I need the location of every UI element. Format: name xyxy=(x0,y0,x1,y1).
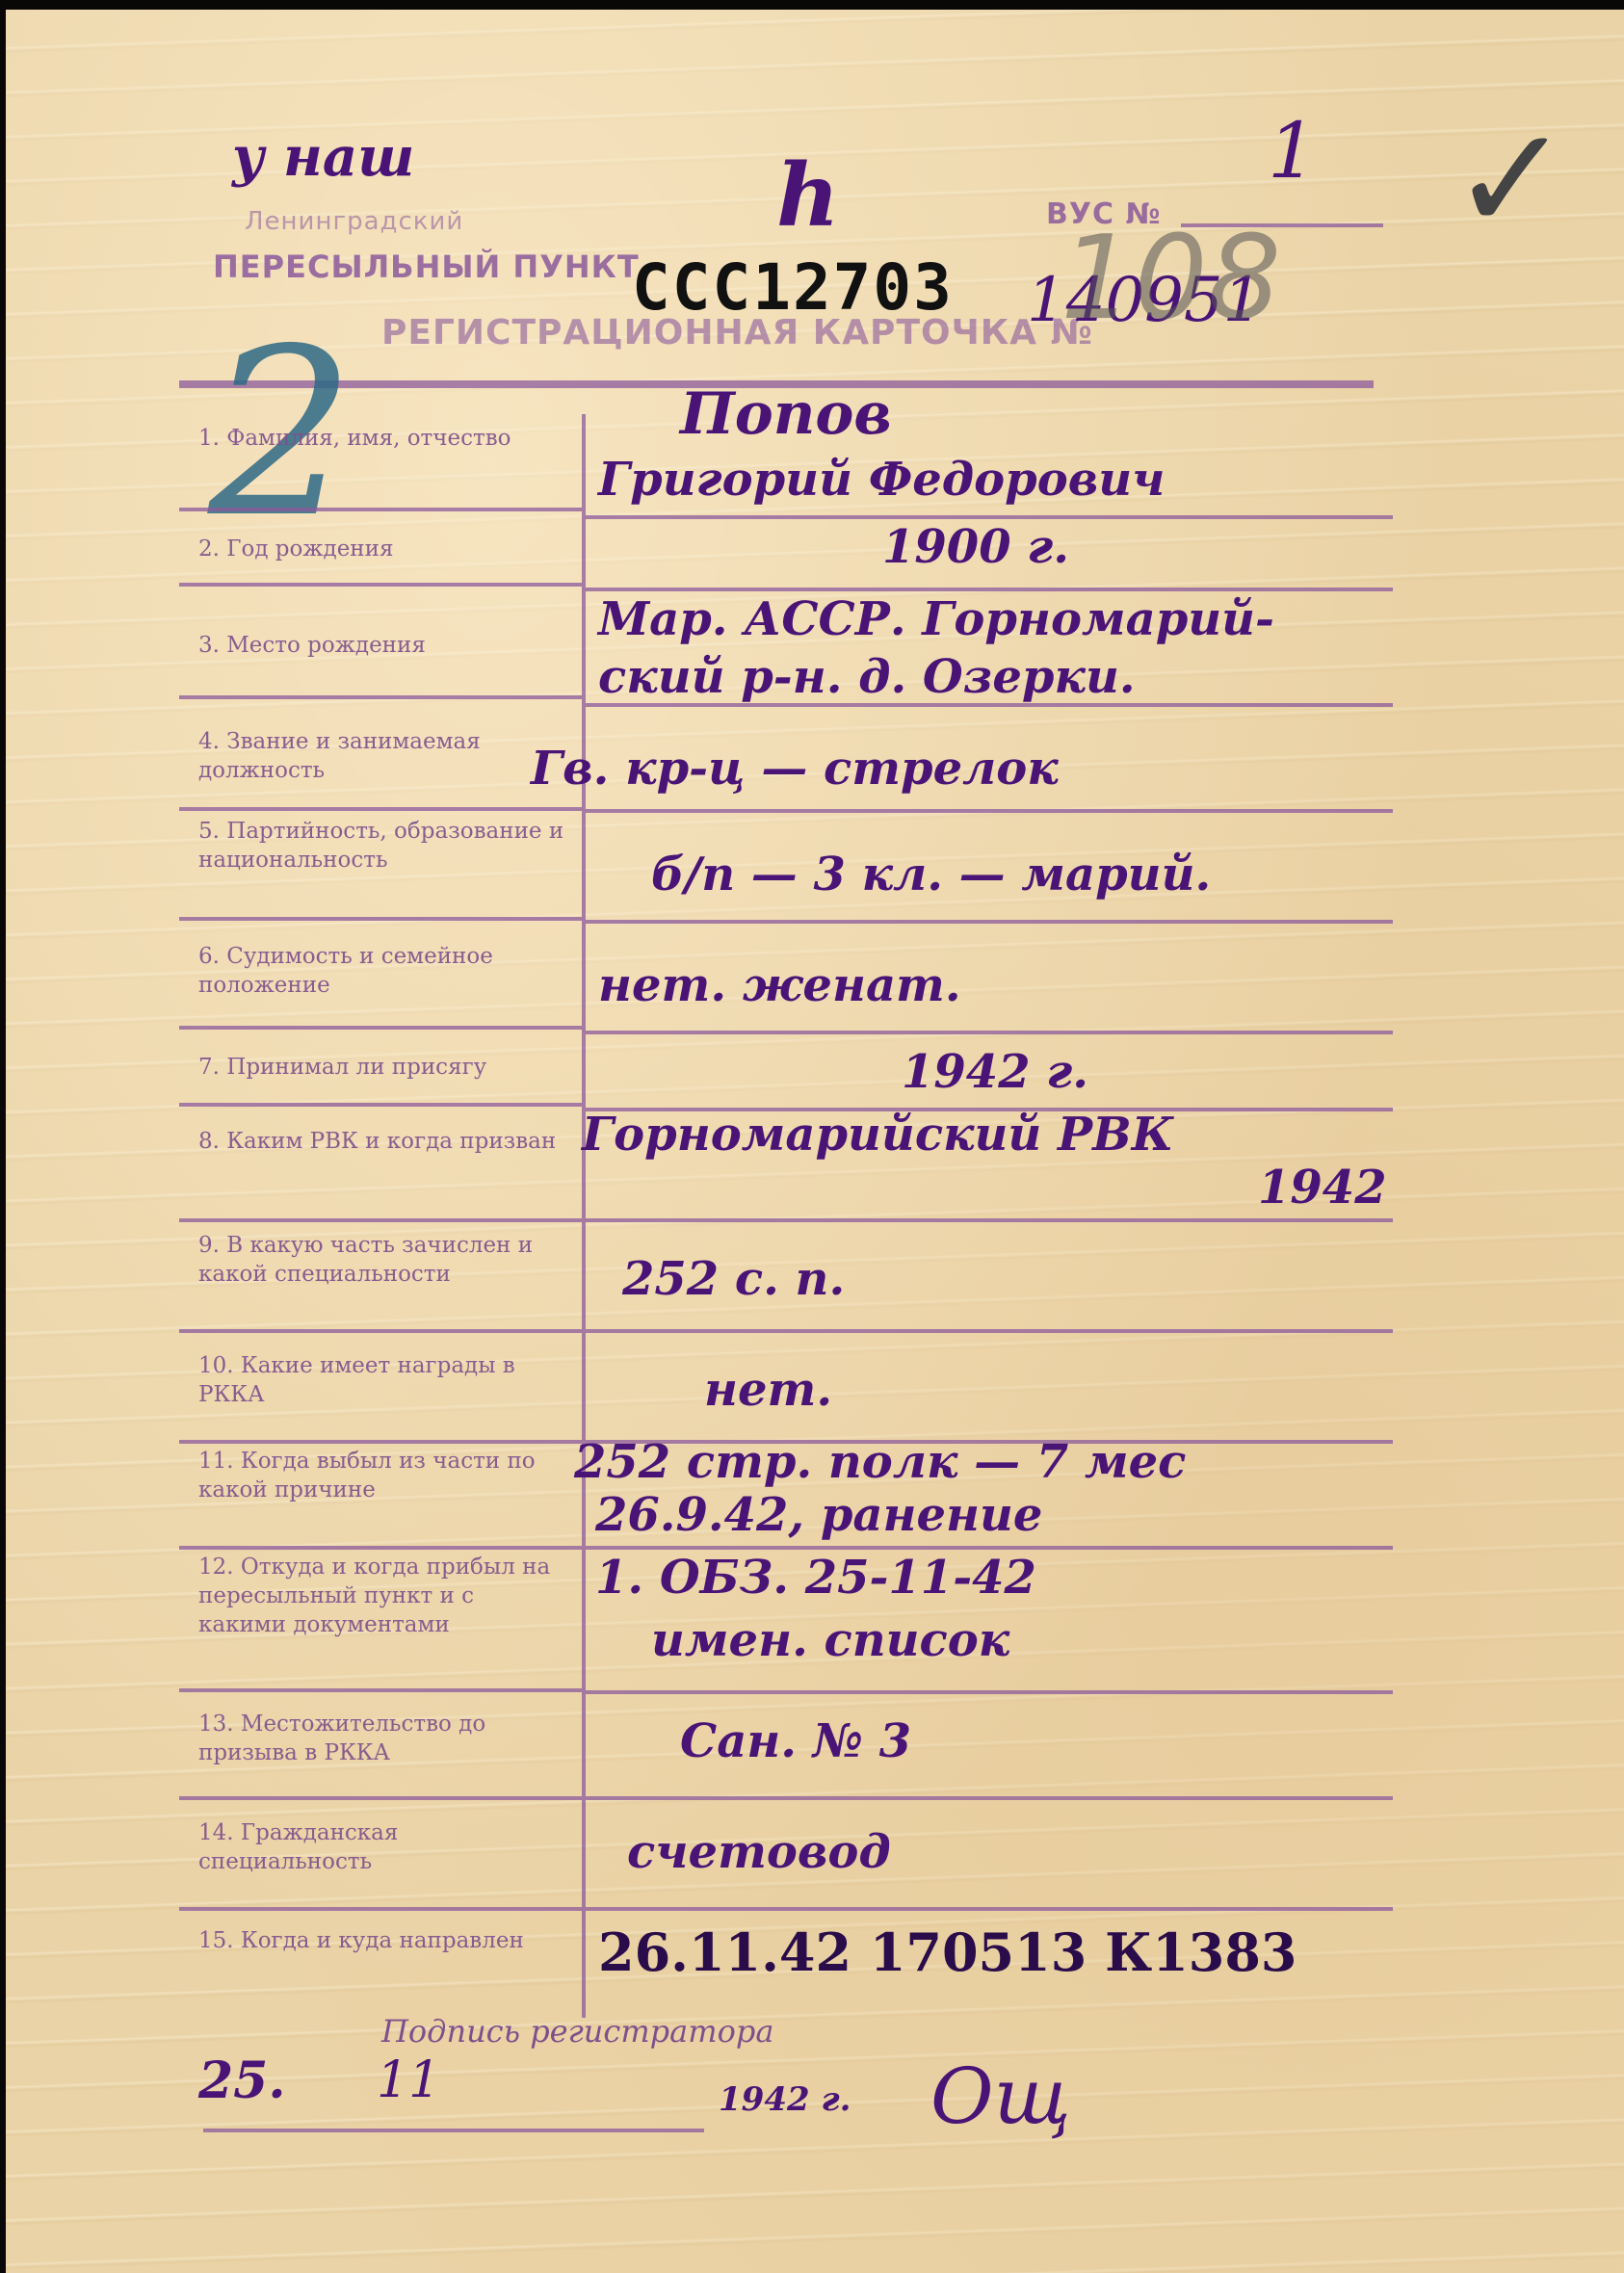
row-separator xyxy=(179,508,582,511)
field-label-birth-year: 2. Год рождения xyxy=(198,535,564,563)
answer-surname: Попов xyxy=(680,380,892,448)
answer-rank: Гв. кр-ц — стрелок xyxy=(531,742,1059,796)
field-label-awards: 10. Какие имеет награды в РККА xyxy=(198,1351,564,1409)
field-label-record-family: 6. Судимость и семейное положение xyxy=(198,942,564,1000)
vus-value: 1 xyxy=(1268,106,1317,196)
registration-number: CCC12703 xyxy=(632,250,954,325)
field-label-arrival: 12. Откуда и когда прибыл на пересыльный… xyxy=(198,1553,564,1639)
stamp-transit-point: ПЕРЕСЫЛЬНЫЙ ПУНКТ xyxy=(213,248,640,285)
answer-line xyxy=(586,1690,1393,1694)
answer-line xyxy=(586,1546,1393,1550)
corner-note: у наш xyxy=(232,125,414,189)
answer-name: Григорий Федорович xyxy=(598,453,1165,507)
answer-line xyxy=(586,1031,1393,1034)
top-mark: h xyxy=(776,144,839,247)
field-label-residence: 13. Местожительство до призыва в РККА xyxy=(198,1710,564,1767)
answer-birthplace-2: ский р-н. д. Озерки. xyxy=(598,650,1136,704)
answer-line xyxy=(586,1218,1393,1222)
field-label-rank: 4. Звание и занимаемая должность xyxy=(198,727,564,785)
answer-oath: 1942 г. xyxy=(902,1045,1088,1099)
answer-line xyxy=(586,515,1393,519)
answer-line xyxy=(586,920,1393,924)
answer-civil-specialty: счетовод xyxy=(627,1825,891,1879)
answer-sent-to: 26.11.42 170513 К1383 xyxy=(598,1921,1297,1983)
row-separator xyxy=(179,1329,582,1333)
row-separator xyxy=(179,807,582,811)
row-separator xyxy=(179,1103,582,1107)
answer-line xyxy=(586,588,1393,591)
row-separator xyxy=(179,695,582,699)
signature-label: Подпись регистратора xyxy=(381,2013,773,2050)
date-underline xyxy=(203,2129,704,2132)
row-separator xyxy=(179,1688,582,1692)
pencil-note: 108 xyxy=(1061,212,1281,346)
date-month: 11 xyxy=(377,2051,440,2109)
answer-left-unit-1: 252 стр. полк — 7 мес xyxy=(574,1435,1186,1489)
answer-arrival-1: 1. ОБЗ. 25-11-42 xyxy=(595,1551,1036,1605)
answer-birthplace-1: Мар. АССР. Горномарий- xyxy=(598,592,1274,646)
answer-residence: Сан. № 3 xyxy=(680,1714,911,1768)
field-label-birthplace: 3. Место рождения xyxy=(198,631,564,660)
answer-birth-year: 1900 г. xyxy=(882,520,1069,574)
answer-draft-office: Горномарийский РВК xyxy=(582,1108,1173,1162)
answer-arrival-2: имен. список xyxy=(651,1613,1009,1667)
row-separator xyxy=(179,1796,582,1800)
answer-record-family: нет. женат. xyxy=(598,958,961,1012)
answer-line xyxy=(586,1796,1393,1800)
answer-draft-year: 1942 xyxy=(1258,1161,1387,1215)
check-mark-icon: ✓ xyxy=(1451,96,1572,264)
stamp-city: Ленинградский xyxy=(245,207,463,236)
row-separator xyxy=(179,1026,582,1030)
field-label-full-name: 1. Фамилия, имя, отчество xyxy=(198,424,564,453)
answer-left-unit-2: 26.9.42, ранение xyxy=(595,1488,1042,1542)
field-label-unit: 9. В какую часть зачислен и какой специа… xyxy=(198,1231,564,1289)
row-separator xyxy=(179,583,582,587)
answer-line xyxy=(586,1329,1393,1333)
registration-card: у наш h 1 ✓ Ленинградский ПЕРЕСЫЛЬНЫЙ ПУ… xyxy=(6,10,1624,2273)
row-separator xyxy=(179,1546,582,1550)
field-label-party-education: 5. Партийность, образование и национальн… xyxy=(198,817,564,875)
answer-line xyxy=(586,809,1393,813)
row-separator xyxy=(179,1907,582,1911)
column-divider xyxy=(582,414,586,2018)
field-label-draft-office: 8. Каким РВК и когда призван xyxy=(198,1127,564,1156)
registrar-signature: Ощ xyxy=(930,2051,1071,2141)
date-year: 1942 г. xyxy=(719,2080,851,2119)
field-label-oath: 7. Принимал ли присягу xyxy=(198,1053,564,1082)
field-label-civil-specialty: 14. Гражданская специальность xyxy=(198,1818,564,1876)
answer-party: б/п — 3 кл. — марий. xyxy=(651,848,1211,901)
row-separator xyxy=(179,1218,582,1222)
field-label-sent-to: 15. Когда и куда направлен xyxy=(198,1926,564,1955)
answer-unit: 252 с. п. xyxy=(622,1252,845,1306)
row-separator xyxy=(179,1440,582,1444)
answer-line xyxy=(586,1907,1393,1911)
field-label-left-unit: 11. Когда выбыл из части по какой причин… xyxy=(198,1447,564,1504)
date-day: 25. xyxy=(198,2051,285,2110)
row-separator xyxy=(179,917,582,921)
answer-awards: нет. xyxy=(704,1363,832,1417)
